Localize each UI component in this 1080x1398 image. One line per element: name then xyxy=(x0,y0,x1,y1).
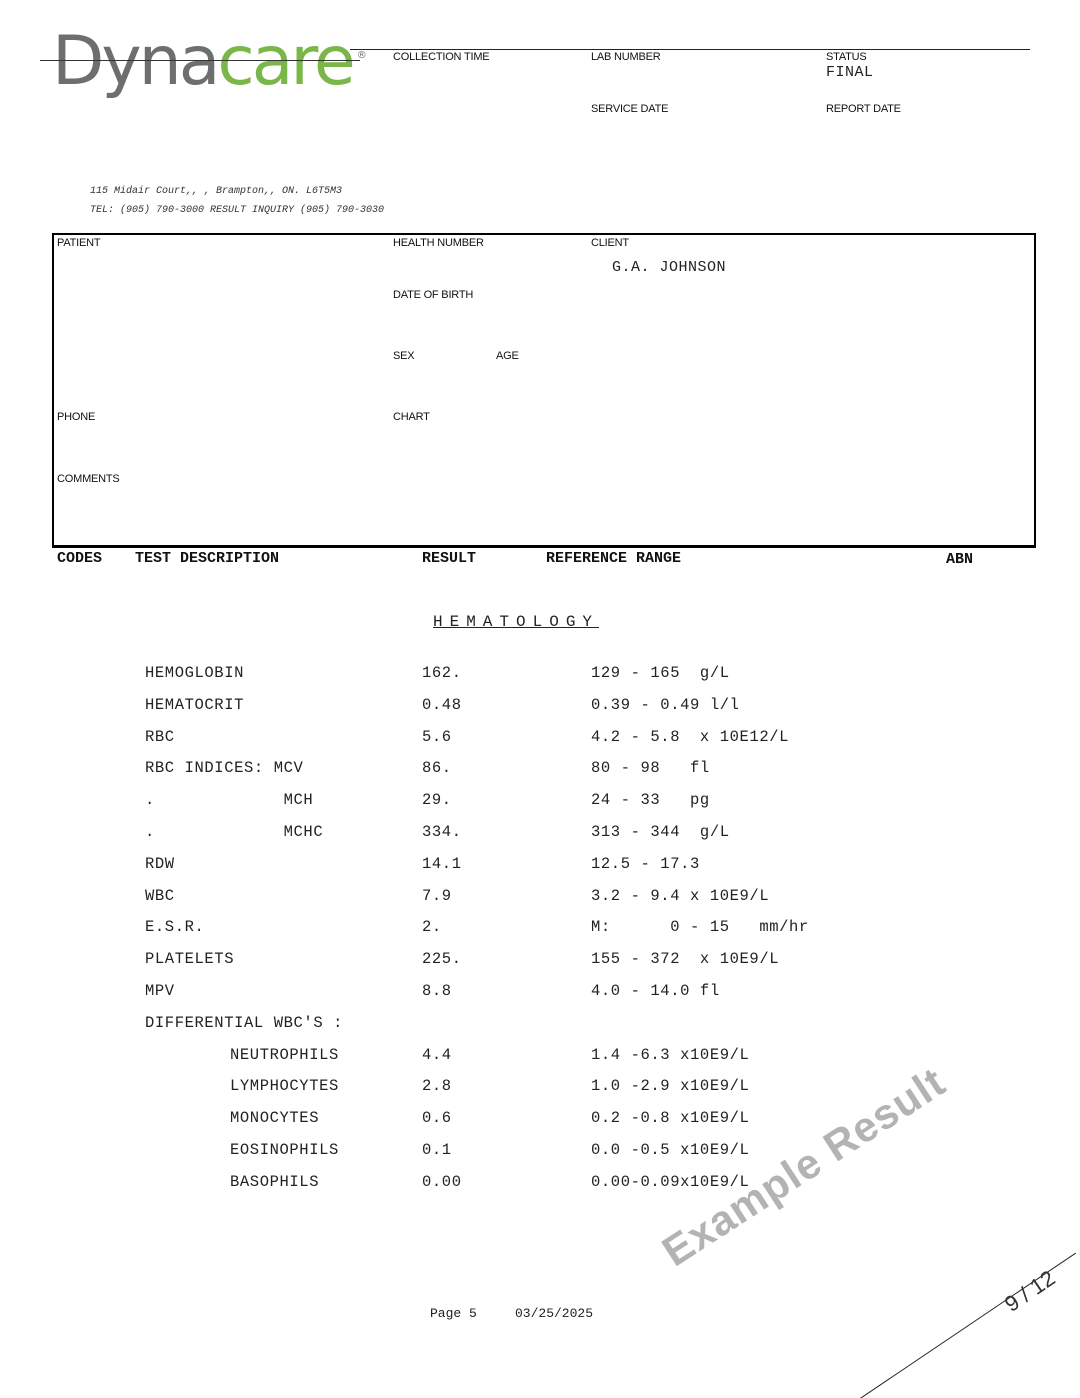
differential-result: 2.8 xyxy=(422,1077,452,1095)
differential-name: LYMPHOCYTES xyxy=(230,1077,339,1095)
patient-label: PATIENT xyxy=(57,237,100,249)
dynacare-logo: Dynacare® xyxy=(52,22,360,102)
page-counter: 9 / 12 xyxy=(1000,1265,1060,1317)
test-name: . MCH xyxy=(145,791,313,809)
test-result: 334. xyxy=(422,823,462,841)
test-name: RDW xyxy=(145,855,175,873)
test-name: PLATELETS xyxy=(145,950,234,968)
test-result: 225. xyxy=(422,950,462,968)
test-reference-range: 4.2 - 5.8 x 10E12/L xyxy=(591,728,789,746)
client-value: G.A. JOHNSON xyxy=(612,259,726,276)
test-result: 5.6 xyxy=(422,728,452,746)
test-name: E.S.R. xyxy=(145,918,204,936)
test-reference-range: 24 - 33 pg xyxy=(591,791,710,809)
col-abn: ABN xyxy=(946,551,973,568)
section-title: HEMATOLOGY xyxy=(433,613,599,631)
differential-name: BASOPHILS xyxy=(230,1173,319,1191)
test-reference-range: 80 - 98 fl xyxy=(591,759,710,777)
test-name: DIFFERENTIAL WBC'S : xyxy=(145,1014,343,1032)
test-name: RBC xyxy=(145,728,175,746)
test-reference-range: 0.39 - 0.49 l/l xyxy=(591,696,740,714)
service-date-label: SERVICE DATE xyxy=(591,103,668,115)
test-name: HEMOGLOBIN xyxy=(145,664,244,682)
header-rule xyxy=(350,49,1030,50)
differential-name: NEUTROPHILS xyxy=(230,1046,339,1064)
health-number-label: HEALTH NUMBER xyxy=(393,237,484,249)
differential-result: 0.1 xyxy=(422,1141,452,1159)
lab-address: 115 Midair Court,, , Brampton,, ON. L6T5… xyxy=(90,186,342,197)
test-reference-range: M: 0 - 15 mm/hr xyxy=(591,918,809,936)
test-reference-range: 12.5 - 17.3 xyxy=(591,855,700,873)
chart-label: CHART xyxy=(393,411,430,423)
report-date-label: REPORT DATE xyxy=(826,103,901,115)
test-reference-range: 4.0 - 14.0 fl xyxy=(591,982,720,1000)
col-result: RESULT xyxy=(422,550,476,567)
logo-rule xyxy=(40,60,360,61)
status-value: FINAL xyxy=(826,64,874,81)
differential-name: MONOCYTES xyxy=(230,1109,319,1127)
test-result: 2. xyxy=(422,918,442,936)
col-reference-range: REFERENCE RANGE xyxy=(546,550,681,567)
logo-text-care: care xyxy=(217,22,352,101)
differential-name: EOSINOPHILS xyxy=(230,1141,339,1159)
test-result: 7.9 xyxy=(422,887,452,905)
test-result: 14.1 xyxy=(422,855,462,873)
test-name: WBC xyxy=(145,887,175,905)
collection-time-label: COLLECTION TIME xyxy=(393,51,489,63)
col-test-description: TEST DESCRIPTION xyxy=(135,550,279,567)
test-reference-range: 313 - 344 g/L xyxy=(591,823,730,841)
differential-result: 0.00 xyxy=(422,1173,462,1191)
age-label: AGE xyxy=(496,350,519,362)
test-reference-range: 129 - 165 g/L xyxy=(591,664,730,682)
differential-reference-range: 1.4 -6.3 x10E9/L xyxy=(591,1046,749,1064)
sex-label: SEX xyxy=(393,350,414,362)
test-result: 0.48 xyxy=(422,696,462,714)
test-result: 29. xyxy=(422,791,452,809)
lab-number-label: LAB NUMBER xyxy=(591,51,661,63)
logo-text-dyna: Dyna xyxy=(52,22,217,101)
comments-label: COMMENTS xyxy=(57,473,120,485)
print-date: 03/25/2025 xyxy=(515,1306,593,1321)
differential-reference-range: 0.0 -0.5 x10E9/L xyxy=(591,1141,749,1159)
test-name: MPV xyxy=(145,982,175,1000)
test-result: 162. xyxy=(422,664,462,682)
differential-reference-range: 1.0 -2.9 x10E9/L xyxy=(591,1077,749,1095)
test-result: 8.8 xyxy=(422,982,452,1000)
dob-label: DATE OF BIRTH xyxy=(393,289,473,301)
client-label: CLIENT xyxy=(591,237,629,249)
differential-result: 0.6 xyxy=(422,1109,452,1127)
lab-phone-line: TEL: (905) 790-3000 RESULT INQUIRY (905)… xyxy=(90,205,384,216)
test-name: RBC INDICES: MCV xyxy=(145,759,303,777)
differential-result: 4.4 xyxy=(422,1046,452,1064)
test-reference-range: 155 - 372 x 10E9/L xyxy=(591,950,779,968)
test-name: . MCHC xyxy=(145,823,323,841)
status-label: STATUS xyxy=(826,51,867,63)
page-number: Page 5 xyxy=(430,1306,477,1321)
test-result: 86. xyxy=(422,759,452,777)
patient-info-box xyxy=(52,233,1036,547)
phone-label: PHONE xyxy=(57,411,95,423)
differential-reference-range: 0.2 -0.8 x10E9/L xyxy=(591,1109,749,1127)
col-codes: CODES xyxy=(57,550,102,567)
test-reference-range: 3.2 - 9.4 x 10E9/L xyxy=(591,887,769,905)
test-name: HEMATOCRIT xyxy=(145,696,244,714)
